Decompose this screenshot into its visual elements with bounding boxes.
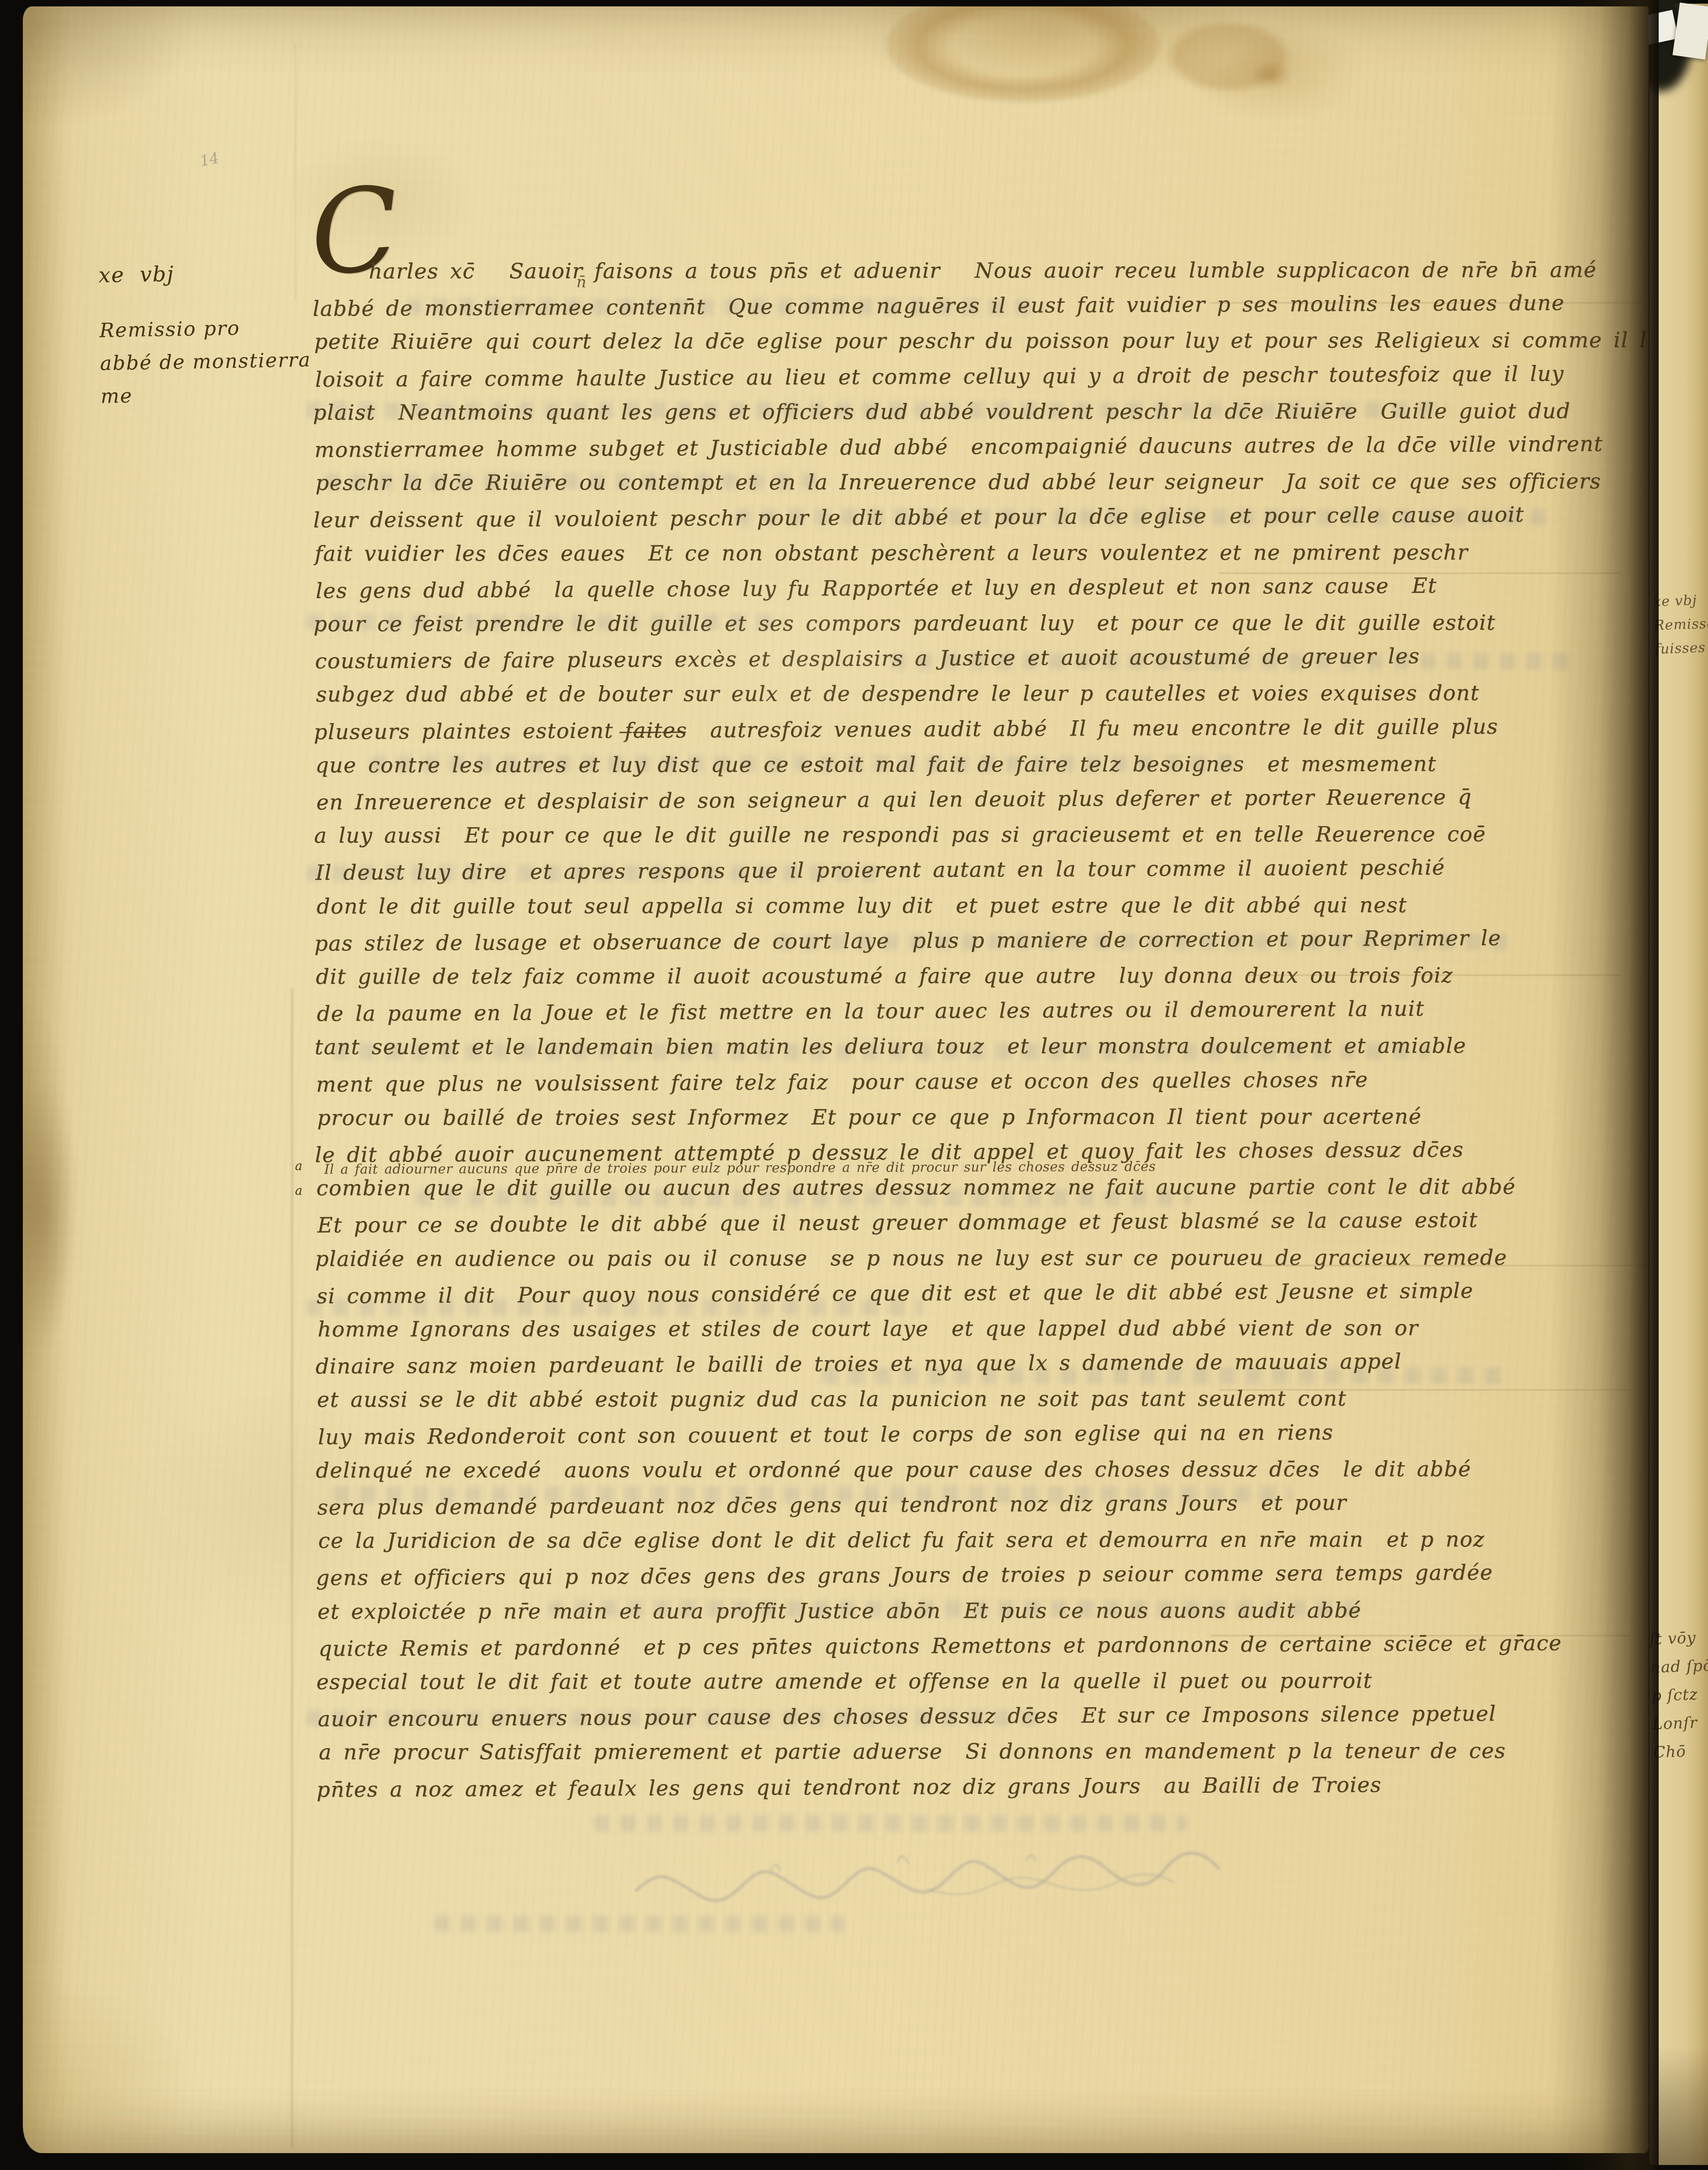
text-line-41: especial tout le dit fait et toute autre… <box>316 1667 1372 1695</box>
next-folio-margin-note: xe vbjRemissofuisses <box>1653 588 1708 662</box>
text-line-24: ment que plus ne voulsissent faire telz … <box>316 1066 1368 1098</box>
margin-note-line: xe vbj <box>98 255 318 291</box>
text-line-39: et exploictée p nr̄e main et aura proffi… <box>317 1596 1361 1625</box>
parchment-stain <box>886 6 1160 102</box>
next-folio-fragment: ſt vōy <box>1650 1623 1708 1654</box>
text-line-25: procur ou baillé de troies sest Informez… <box>317 1103 1422 1131</box>
text-line-12: coustumiers de faire pluseurs excès et d… <box>315 642 1420 675</box>
text-line-4: loisoit a faire comme haulte Justice au … <box>315 359 1564 393</box>
text-line-2: labbé de monstierramee contenn̄t Que com… <box>313 289 1565 322</box>
text-line-11: pour ce feist prendre le dit guille et s… <box>314 609 1496 638</box>
text-line-36: sera plus demandé pardeuant noz dc̄es ge… <box>317 1489 1347 1521</box>
text-line-35: delinqué ne excedé auons voulu et ordonn… <box>316 1455 1471 1484</box>
margin-note-line: Remissio pro <box>99 311 319 347</box>
next-folio-fragment: xe vbj <box>1653 588 1708 614</box>
text-line-15: que contre les autres et luy dist que ce… <box>315 750 1436 779</box>
text-line-23: tant seulemt et le landemain bien matin … <box>315 1032 1466 1061</box>
next-folio-fragment: Lonſr <box>1652 1708 1708 1739</box>
text-line-34: luy mais Redonderoit cont son couuent et… <box>318 1418 1334 1450</box>
next-folio-fragment: Chō <box>1653 1737 1708 1767</box>
photographed-manuscript-spread: xe vbjRemissofuisses ſt vōynad ſpōp ſctz… <box>0 0 1708 2170</box>
parchment-stain <box>23 1084 78 1340</box>
text-line-40: quicte Remis et pardonné et p ces pn̄tes… <box>318 1629 1562 1662</box>
text-line-22: de la paume en la Joue et le fist mettre… <box>317 995 1425 1027</box>
next-folio-edge: xe vbjRemissofuisses ſt vōynad ſpōp ſctz… <box>1650 4 1708 2165</box>
text-line-43: a nr̄e procur Satisffait pmierement et p… <box>319 1737 1506 1766</box>
next-folio-text-fragments: ſt vōynad ſpōp ſctzLonſrChō <box>1650 1623 1708 1767</box>
text-line-17: a luy aussi Et pour ce que le dit guille… <box>314 820 1486 849</box>
text-line-37: ce la Juridicion de sa dc̄e eglise dont … <box>318 1526 1485 1554</box>
text-line-38: gens et officiers qui p noz dc̄es gens d… <box>316 1559 1493 1592</box>
text-line-1: harles xc̄ Sauoir faisons a tous pn̄s et… <box>315 256 1597 285</box>
text-line-9: fait vuidier les dc̄es eaues Et ce non o… <box>315 538 1468 567</box>
parchment-stain <box>1251 61 1292 90</box>
text-line-42: auoir encouru enuers nous pour cause des… <box>318 1700 1497 1732</box>
text-line-6: monstierramee homme subget et Justiciabl… <box>314 430 1603 463</box>
next-folio-fragment: p ſctz <box>1651 1680 1708 1711</box>
text-line-19: dont le dit guille tout seul appella si … <box>316 891 1407 920</box>
caret-mark: a <box>295 1159 302 1173</box>
text-line-29: plaidiée en audience ou pais ou il conus… <box>315 1243 1507 1272</box>
text-line-20: pas stilez de lusage et obseruance de co… <box>314 924 1501 957</box>
margin-note-line: me <box>100 376 320 413</box>
text-line-27: combien que le dit guille ou aucun des a… <box>316 1173 1516 1202</box>
parchment-stain <box>1165 20 1292 93</box>
next-folio-fragment: nad ſpō <box>1650 1652 1708 1682</box>
text-line-28: Et pour ce se doubte le dit abbé que il … <box>317 1206 1478 1239</box>
text-line-44: pn̄tes a noz amez et feaulx les gens qui… <box>316 1771 1381 1803</box>
text-line-16: en Inreuerence et desplaisir de son seig… <box>316 783 1472 816</box>
text-line-33: et aussi se le dit abbé estoit pugniz du… <box>317 1385 1347 1414</box>
text-line-21: dit guille de telz faiz comme il auoit a… <box>316 961 1453 990</box>
parchment-crease <box>291 988 293 2149</box>
next-folio-bottom-shadow <box>1650 2046 1708 2165</box>
text-line-14: pluseurs plaintes estoient f̶a̶i̶t̶e̶s̶ … <box>314 713 1498 745</box>
folio-number-pencil: 14 <box>198 149 220 170</box>
text-line-13: subgez dud abbé et de bouter sur eulx et… <box>316 679 1480 708</box>
text-line-10: les gens dud abbé la quelle chose luy fu… <box>316 571 1437 604</box>
text-line-8: leur deissent que il vouloient peschr po… <box>313 501 1524 533</box>
text-line-32: dinaire sanz moien pardeuant le bailli d… <box>316 1347 1402 1380</box>
main-text-block: harles xc̄ Sauoir faisons a tous pn̄s et… <box>314 255 1597 1843</box>
text-line-5: plaist Neantmoins quant les gens et offi… <box>313 397 1571 426</box>
next-folio-fragment: fuisses <box>1655 636 1708 662</box>
caret-mark: a <box>295 1184 302 1198</box>
text-line-31: homme Ignorans des usaiges et stiles de … <box>318 1314 1419 1343</box>
next-folio-fragment: Remisso <box>1654 612 1708 638</box>
margin-note-line: abbé de monstierra <box>100 343 319 380</box>
text-line-30: si comme il dit Pour quoy nous considéré… <box>316 1277 1473 1309</box>
manuscript-page: 14 xe vbjRemissio proabbé de monstierram… <box>23 6 1649 2153</box>
text-line-18: Il deust luy dire et apres respons que i… <box>316 854 1445 887</box>
text-line-7: peschr la dc̄e Riuiēre ou contempt et en… <box>316 467 1602 496</box>
text-line-3: petite Riuiēre qui court delez la dc̄e e… <box>314 326 1649 355</box>
margin-annotation: xe vbjRemissio proabbé de monstierrame <box>98 255 320 413</box>
